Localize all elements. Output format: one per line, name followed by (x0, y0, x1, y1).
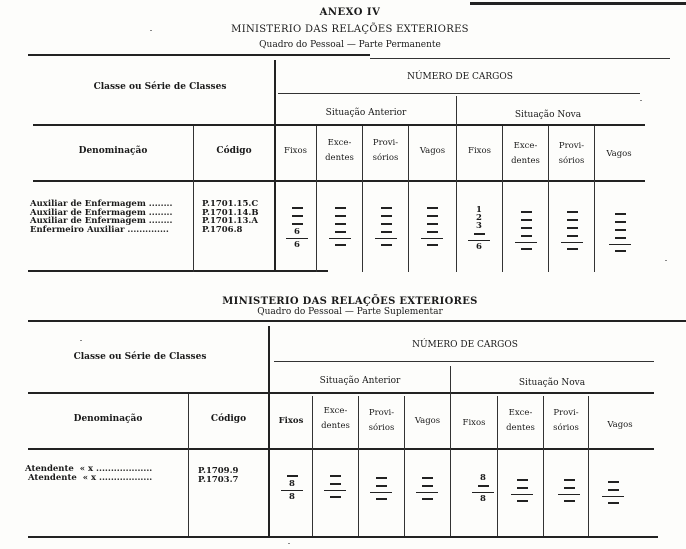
situacao-nova-header: Situação Nova (458, 110, 638, 120)
col-vagos-anterior: Vagos (409, 144, 456, 159)
scan-speck (288, 543, 290, 544)
table1-header-bottom-rule (33, 180, 645, 182)
cell-anterior-excedentes (318, 472, 352, 501)
cell-nova-provisorios (552, 476, 586, 505)
cell-nova-fixos: 1 2 3 6 (462, 206, 496, 251)
table2-top-rule (28, 320, 686, 322)
col-fixos-anterior: Fixos (275, 144, 316, 159)
col-provisorios-anterior: Provi-sórios (363, 136, 408, 166)
total-anterior-fixos: 6 (294, 241, 300, 249)
situacao-anterior-header: Situação Anterior (276, 108, 456, 118)
table1-top-rule-right (370, 58, 670, 59)
codigo-header: Código (194, 146, 274, 156)
row-codigo: P.1706.8 (202, 226, 259, 235)
ministry-title-supplementary: MINISTERIO DAS RELAÇÕES EXTERIORES (180, 296, 520, 307)
table1-vline-situacao (456, 96, 457, 272)
cell-nova-provisorios (555, 208, 589, 253)
table1-bottom-rule (28, 270, 328, 272)
col-vagos-nova: Vagos (595, 147, 643, 162)
table2-rows: Atendente « x ................... Atende… (25, 465, 152, 482)
cell-anterior-excedentes (323, 204, 357, 249)
scan-speck (665, 260, 667, 261)
denominacao-header: Denominação (28, 414, 188, 424)
col-excedentes-nova: Exce-dentes (498, 406, 543, 436)
cell-nova-vagos (596, 478, 630, 507)
cell-nova-vagos (603, 210, 637, 255)
table1-situacao-rule (33, 124, 645, 126)
table2-codes: P.1709.9 P.1703.7 (198, 467, 238, 484)
cell-anterior-provisorios (364, 474, 398, 503)
table2-vline-c7 (588, 396, 589, 536)
col-excedentes-anterior: Exce-dentes (313, 404, 358, 434)
row-codigo: P.1703.7 (198, 476, 238, 485)
situacao-nova-header: Situação Nova (452, 378, 652, 388)
col-vagos-anterior: Vagos (405, 414, 450, 429)
table2-vline-main (268, 326, 270, 536)
col-fixos-nova: Fixos (451, 416, 497, 431)
col-provisorios-nova: Provi-sórios (549, 139, 594, 169)
numero-cargos-header: NÚMERO DE CARGOS (280, 340, 650, 350)
numero-cargos-header: NÚMERO DE CARGOS (280, 72, 640, 82)
top-edge-rule (470, 2, 686, 5)
scan-speck (640, 100, 642, 101)
table2-situacao-rule (28, 392, 654, 394)
class-group-header: Classe ou Série de Classes (60, 82, 260, 92)
table2-numero-rule (274, 361, 654, 362)
table1-rows: Auxiliar de Enfermagem ........ Auxiliar… (30, 200, 172, 234)
total-nova-fixos: 6 (476, 243, 482, 251)
cell-anterior-vagos (415, 204, 449, 249)
total-anterior-fixos: 8 (289, 493, 295, 501)
subtitle-permanent: Quadro do Pessoal — Parte Permanente (200, 40, 500, 50)
scan-speck (150, 30, 152, 31)
scan-speck (80, 340, 82, 341)
col-fixos-nova: Fixos (457, 144, 502, 159)
ministry-title-permanent: MINISTERIO DAS RELAÇÕES EXTERIORES (200, 24, 500, 35)
col-excedentes-nova: Exce-dentes (503, 139, 548, 169)
denominacao-header: Denominação (33, 146, 193, 156)
col-fixos-anterior: Fixos (270, 414, 312, 429)
row-denominacao: Atendente « x .................. (25, 474, 152, 483)
table2-header-bottom-rule (28, 448, 654, 450)
cell-anterior-fixos: 6 6 (280, 204, 314, 249)
table2-bottom-rule (28, 536, 658, 538)
total-nova-fixos: 8 (480, 495, 486, 503)
cell-nova-excedentes (509, 208, 543, 253)
col-provisorios-nova: Provi-sórios (544, 406, 588, 436)
table1-vline-main (274, 60, 276, 272)
row-denominacao: Enfermeiro Auxiliar .............. (30, 226, 172, 235)
col-vagos-nova: Vagos (590, 418, 650, 433)
table1-codes: P.1701.15.C P.1701.14.B P.1701.13.A P.17… (202, 200, 259, 234)
cell-nova-excedentes (505, 476, 539, 505)
cell-nova-fixos: 8 8 (466, 474, 500, 503)
table1-numero-rule (278, 93, 640, 94)
situacao-anterior-header: Situação Anterior (270, 376, 450, 386)
col-provisorios-anterior: Provi-sórios (359, 406, 404, 436)
annex-title: ANEXO IV (240, 7, 460, 18)
table2-vline-situacao (450, 366, 451, 536)
cell-anterior-vagos (410, 474, 444, 503)
codigo-header: Código (189, 414, 268, 424)
cell-anterior-provisorios (369, 204, 403, 249)
class-group-header: Classe ou Série de Classes (40, 352, 240, 362)
col-excedentes-anterior: Exce-dentes (317, 136, 362, 166)
cell-anterior-fixos: 8 8 (275, 472, 309, 501)
table1-top-rule-left (28, 54, 370, 56)
subtitle-supplementary: Quadro do Pessoal — Parte Suplementar (180, 307, 520, 317)
